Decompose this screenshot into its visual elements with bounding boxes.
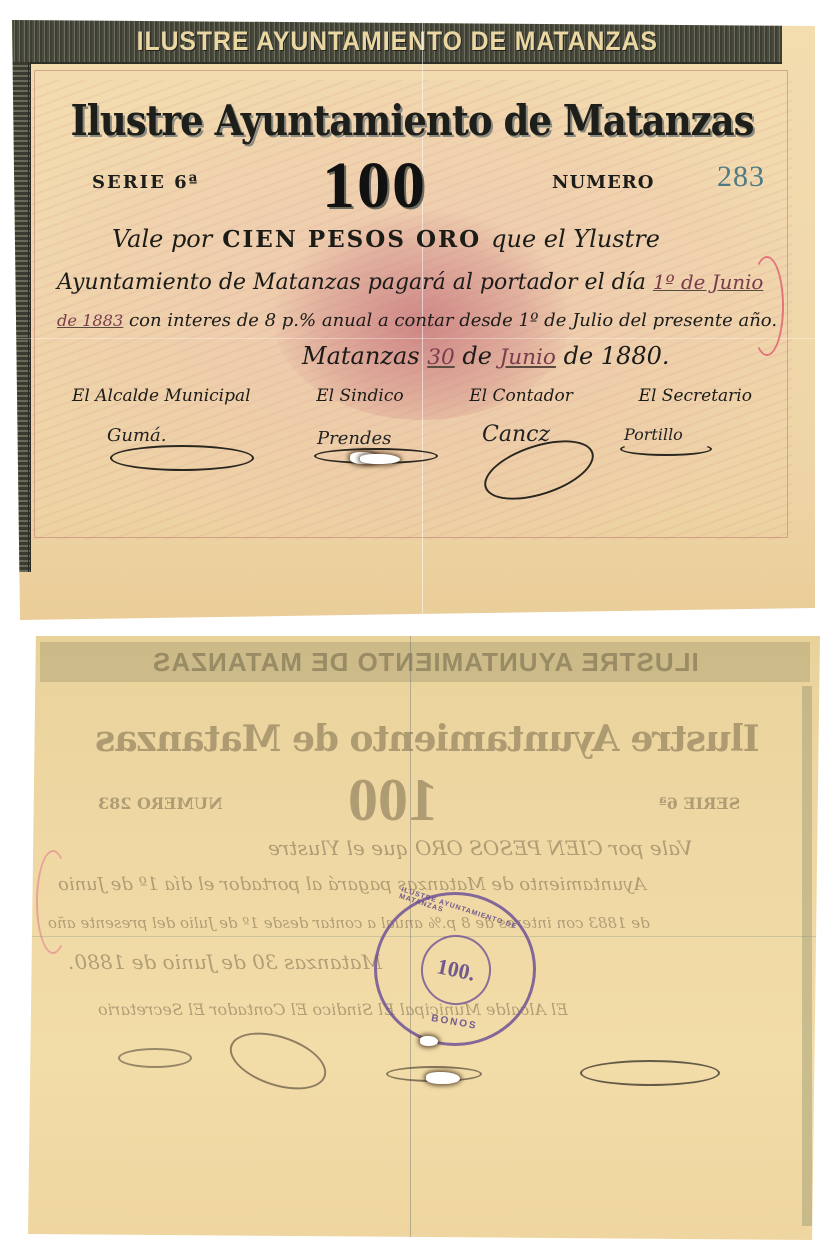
body-line-3-mirrored: de 1883 con interes de 8 p.% anual a con… (48, 914, 650, 932)
handwritten-month: Junio (500, 345, 556, 370)
body-line-2-mirrored: Ayuntamiento de Matanzas pagará al porta… (58, 874, 646, 895)
amount-text: CIEN PESOS ORO (222, 226, 481, 253)
handwritten-due-date: 1º de Junio (653, 271, 763, 294)
year-text: de 1880. (564, 342, 670, 370)
body-text: Ayuntamiento de Matanzas pagará al porta… (57, 270, 646, 295)
body-line-2: Ayuntamiento de Matanzas pagará al porta… (57, 270, 763, 295)
red-pencil-mark (750, 256, 784, 356)
red-pencil-mark (36, 850, 70, 954)
issuer-title: Ilustre Ayuntamiento de Matanzas (52, 95, 772, 146)
denomination-mirrored: 100 (348, 766, 438, 835)
border-showthrough (802, 686, 812, 1226)
cancellation-hole (426, 1072, 460, 1084)
signature-flourish (620, 442, 712, 456)
numero-mirrored: NUMERO 283 (98, 794, 223, 813)
body-line-1: Vale porCIEN PESOS OROque el Ylustre (112, 225, 660, 253)
place-text: Matanzas (302, 342, 420, 370)
signature-sindico: Prendes (317, 428, 391, 449)
mirrored-text: NUMERO 283 (98, 794, 223, 813)
signature-flourish-showthrough (223, 1022, 334, 1100)
body-line-3: de 1883 con interes de 8 p.% anual a con… (57, 310, 777, 331)
left-border-band (12, 62, 31, 572)
body-line-4-mirrored: Matanzas 30 de Junio de 1880. (68, 950, 382, 974)
handwritten-due-year: de 1883 (57, 311, 123, 330)
mirrored-text: SERIE 6ª (659, 794, 740, 813)
serie-mirrored: SERIE 6ª (659, 794, 740, 813)
cancellation-hole (360, 454, 400, 464)
stamp-value: 100. (434, 953, 477, 986)
numero-label: NUMERO (552, 172, 654, 193)
header-band-showthrough: ILUSTRE AYUNTAMIENTO DE MATANZAS (40, 642, 810, 682)
fold-line-horizontal (12, 338, 815, 339)
mirrored-text: Ilustre Ayuntamiento de Matanzas (96, 718, 760, 760)
issue-date-line: Matanzas 30 de Junio de 1880. (302, 342, 669, 370)
bonos-rubber-stamp: ILUSTRE AYUNTAMIENTO DE MATANZAS 100. BO… (374, 892, 536, 1046)
official-title: El Contador (469, 386, 573, 406)
issuer-title-mirrored: Ilustre Ayuntamiento de Matanzas (68, 718, 788, 760)
signature-flourish-showthrough (580, 1060, 720, 1086)
mirrored-text: de 1883 con interes de 8 p.% anual a con… (48, 914, 650, 932)
official-title: El Sindico (316, 386, 403, 406)
serial-number: 283 (717, 160, 765, 194)
mirrored-text: Ayuntamiento de Matanzas pagará al porta… (58, 874, 646, 895)
bond-front: ILUSTRE AYUNTAMIENTO DE MATANZAS Ilustre… (12, 20, 815, 620)
denomination: 100 (322, 148, 427, 224)
body-text: con interes de 8 p.% anual a contar desd… (129, 310, 777, 331)
cancellation-hole (420, 1036, 438, 1046)
body-text: Vale por (112, 225, 212, 253)
header-band-text: ILUSTRE AYUNTAMIENTO DE MATANZAS (136, 26, 657, 57)
bond-back: ILUSTRE AYUNTAMIENTO DE MATANZAS Ilustre… (28, 636, 820, 1240)
mirrored-text: Vale por CIEN PESOS ORO que el Ylustre (268, 836, 693, 860)
handwritten-day: 30 (427, 345, 454, 370)
official-title: El Secretario (639, 386, 752, 406)
mirrored-text: 100 (348, 766, 438, 835)
signature-alcalde: Gumá. (107, 425, 167, 446)
official-title: El Alcalde Municipal (72, 386, 251, 406)
body-text: de (462, 342, 492, 370)
signature-flourish (110, 445, 254, 471)
stamp-bonos-label: BONOS (430, 1013, 478, 1032)
header-band-text: ILUSTRE AYUNTAMIENTO DE MATANZAS (152, 647, 699, 678)
serie-label: SERIE 6ª (92, 172, 199, 193)
body-line-1-mirrored: Vale por CIEN PESOS ORO que el Ylustre (268, 836, 693, 860)
officials-row: El Alcalde Municipal El Sindico El Conta… (72, 386, 752, 406)
stamp-center: 100. (414, 928, 497, 1011)
body-text: que el Ylustre (491, 225, 660, 253)
mirrored-text: Matanzas 30 de Junio de 1880. (68, 950, 382, 974)
signature-flourish-showthrough (118, 1048, 192, 1068)
header-band: ILUSTRE AYUNTAMIENTO DE MATANZAS (12, 20, 782, 64)
